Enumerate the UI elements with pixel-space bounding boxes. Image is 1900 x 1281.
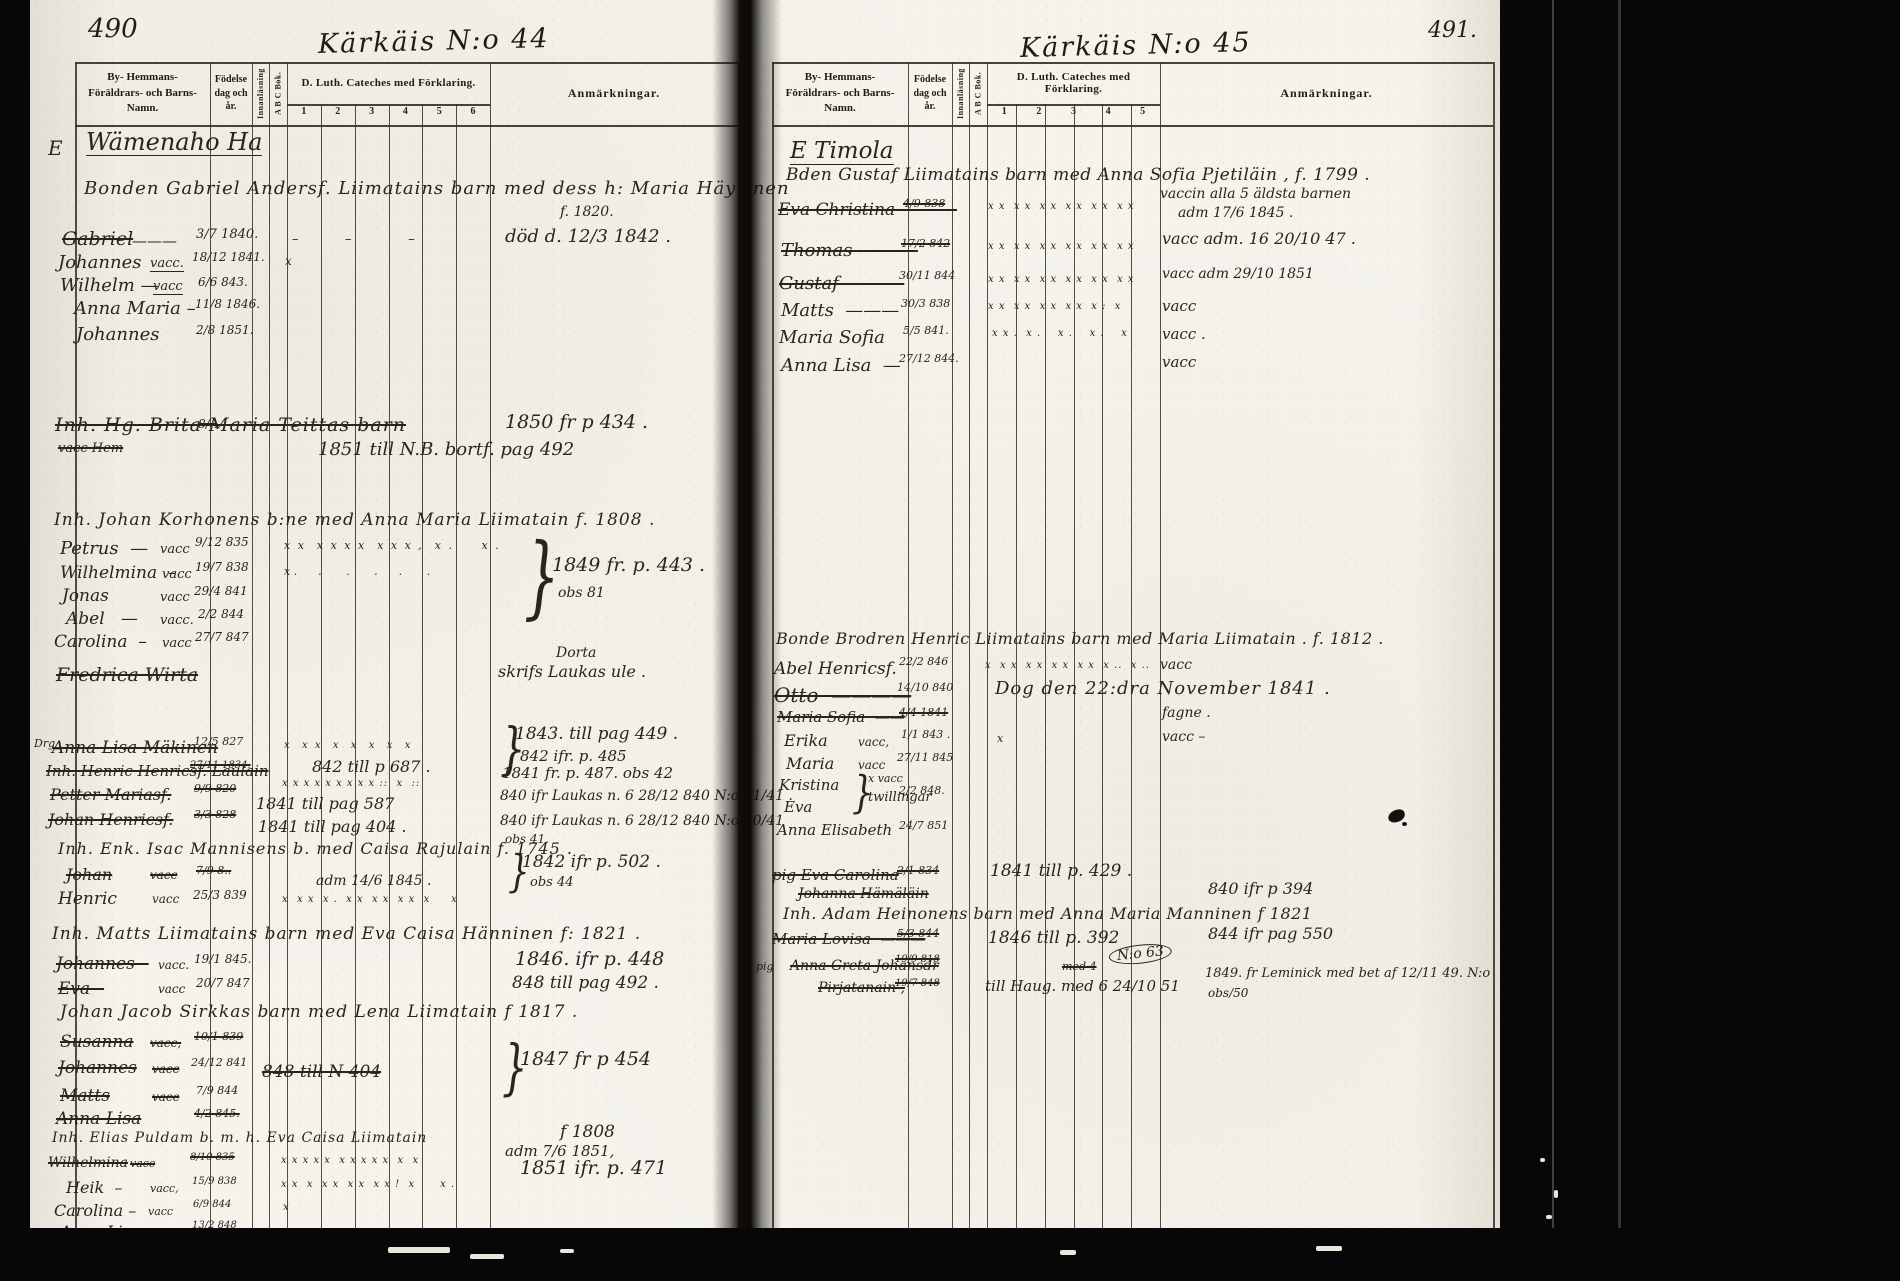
handwritten-entry: x vacc (868, 773, 903, 784)
handwritten-entry: Maria Sofia (779, 329, 885, 347)
handwritten-entry: 17/2 842 (901, 238, 950, 249)
handwritten-entry: 2/1 834 (897, 865, 939, 876)
handwritten-entry: 30/11 844 (899, 270, 955, 281)
handwritten-entry: obs/50 (1208, 987, 1248, 999)
handwritten-entry: Inh. Adam Heinonens barn med Anna Maria … (783, 906, 1312, 922)
handwritten-entry: med 4 (1062, 961, 1096, 972)
handwritten-entry: Anna Elisabeth (777, 823, 892, 838)
scanner-background-right (1500, 0, 1900, 1281)
scan-artifact (470, 1254, 504, 1259)
handwritten-entry: 27/12 844. (899, 353, 959, 364)
handwritten-entry: vacc . (1162, 327, 1206, 342)
handwritten-entry: 840 ifr p 394 (1208, 881, 1313, 897)
handwritten-entry: vacc – (1162, 730, 1205, 744)
scan-artifact (1540, 1158, 1545, 1162)
handwritten-entry: 5/5 841. (903, 325, 949, 336)
handwritten-entry: x x x x x x x x x x .. x .. (985, 661, 1150, 671)
handwritten-entry: x (997, 733, 1003, 744)
handwritten-entry: Bonde Brodren Henric Liimatains barn med… (776, 631, 1384, 647)
handwritten-entry: E Timola (790, 140, 894, 165)
handwritten-entry: 1849. fr Leminick med bet af 12/11 49. N… (1205, 967, 1490, 980)
handwritten-entry: Thomas ——— (781, 242, 918, 260)
scan-artifact (1552, 0, 1554, 1281)
handwritten-entry: Abel Henricsf. (774, 661, 897, 678)
scan-artifact (1316, 1246, 1342, 1251)
handwritten-entry: vacc, (858, 736, 889, 748)
handwritten-entry: 14/10 840 (897, 682, 953, 693)
handwritten-entry: vacc adm. 16 20/10 47 . (1162, 231, 1356, 247)
handwritten-entry: 22/2 846 (899, 656, 948, 667)
handwritten-entry: 1/1 843 . (901, 729, 950, 740)
handwritten-entry: Erika (784, 733, 828, 749)
handwritten-entry: 1846 till p. 392 (988, 930, 1119, 947)
handwritten-entry: x x x x x x x x x x x x (988, 202, 1135, 212)
handwritten-entry: 19/9 818 (895, 955, 940, 965)
handwritten-entry: Kristina (779, 778, 839, 793)
scan-artifact (388, 1247, 450, 1253)
handwritten-entry: vacc (1162, 355, 1196, 370)
scanner-background-left (0, 0, 30, 1281)
handwritten-entry: 30/3 838 (901, 298, 950, 309)
book-spine (712, 0, 782, 1232)
handwritten-entry: 4/9 838 (903, 198, 945, 209)
handwritten-entry: vacc (1162, 299, 1196, 314)
handwritten-entry: Maria Sofia —— (777, 710, 905, 725)
scan-artifact (1546, 1215, 1552, 1219)
handwritten-entry: pig Eva Carolina (772, 868, 899, 883)
handwritten-entry: x x x x x x x x x x x x (988, 242, 1135, 252)
scanner-background-bottom (0, 1228, 1900, 1281)
handwritten-entry: 1841 till p. 429 . (990, 863, 1132, 880)
handwritten-entry: Maria (786, 756, 834, 772)
scan-artifact (1060, 1250, 1076, 1255)
handwritten-entry: x x x x x x x x x x x x (988, 275, 1135, 285)
handwritten-entry: 4/4 1841 (899, 707, 948, 718)
scan-artifact (1554, 1190, 1558, 1198)
handwritten-entry: Otto ———— (774, 685, 911, 705)
handwritten-entry: Eva (784, 800, 812, 815)
handwritten-entry: vaccin alla 5 äldsta barnen (1160, 187, 1351, 201)
handwritten-entry: 27/11 845 (897, 752, 953, 763)
handwritten-entry: Bden Gustaf Liimatains barn med Anna Sof… (786, 167, 1370, 184)
handwritten-entry: 19/7 848 (895, 979, 940, 989)
handwritten-entry: 2/2 848. (899, 785, 945, 796)
handwritten-entry: 5/3 844 (897, 928, 939, 939)
scanned-book-spread: 490 491. Kärkäis N:o 44 Kärkäis N:o 45 B… (0, 0, 1900, 1281)
handwritten-entry: x x x x x x x x x : x (988, 302, 1121, 312)
handwritten-entry: fagne . (1162, 706, 1211, 720)
ink-blot (1402, 822, 1407, 826)
handwritten-entry: Gustaf ——— (779, 275, 904, 293)
scan-artifact (1618, 0, 1621, 1281)
handwritten-entry: vacc adm 29/10 1851 (1162, 267, 1314, 281)
handwritten-entry: 24/7 851 (899, 820, 948, 831)
handwritten-entry: till Haug. med 6 24/10 51 (985, 979, 1180, 994)
handwritten-entry: Pirjatanain , (818, 981, 905, 995)
handwritten-entry: 844 ifr pag 550 (1208, 926, 1333, 942)
handwritten-entry: adm 17/6 1845 . (1178, 206, 1293, 220)
handwritten-entry: Dog den 22:dra November 1841 . (995, 680, 1331, 698)
handwritten-entry: Johanna Hämäläin (798, 887, 929, 901)
handwritten-entry: Matts ——— (781, 302, 899, 320)
handwritten-entry: Anna Lisa — (781, 357, 901, 375)
handwritten-entry: vacc (1160, 658, 1192, 672)
scan-artifact (560, 1249, 574, 1253)
handwritten-entry: x x . x . x . x . x (992, 329, 1128, 339)
